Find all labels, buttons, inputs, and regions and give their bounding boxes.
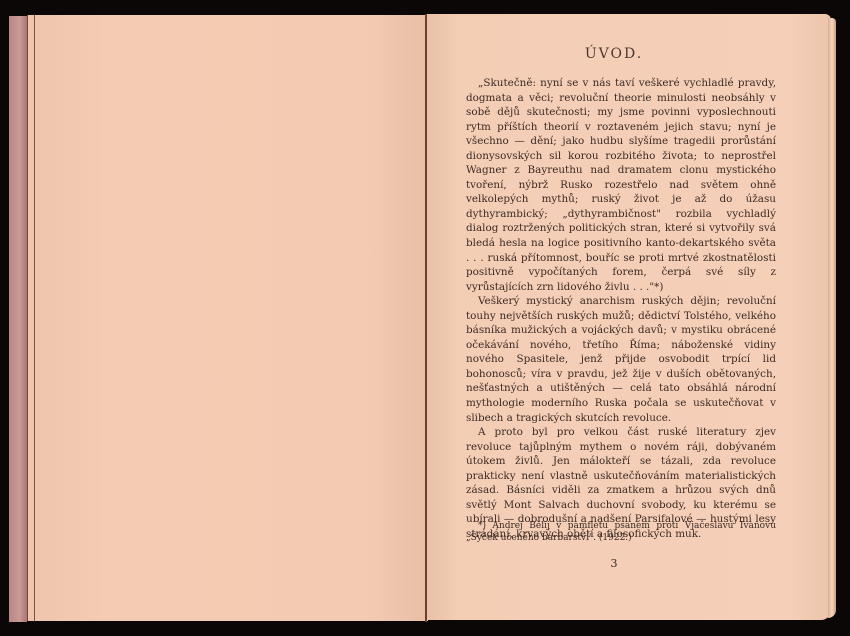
chapter-heading: ÚVOD. <box>427 46 801 62</box>
book-gutter <box>425 14 427 622</box>
paragraph-quote: „Skutečně: nyní se v nás taví veškeré vy… <box>466 76 776 294</box>
book-spine-edge <box>9 16 27 622</box>
paragraph-mysticism: Veškerý mystický anarchism ruských dějin… <box>466 294 776 425</box>
page-edge-stack <box>828 18 836 618</box>
footnote: *) Andrej Bělij v pamfletu psaném proti … <box>466 520 776 544</box>
body-text: „Skutečně: nyní se v nás taví veškeré vy… <box>466 76 776 542</box>
page-fold-line <box>34 15 35 621</box>
left-page <box>27 15 428 621</box>
page-number: 3 <box>427 557 801 570</box>
